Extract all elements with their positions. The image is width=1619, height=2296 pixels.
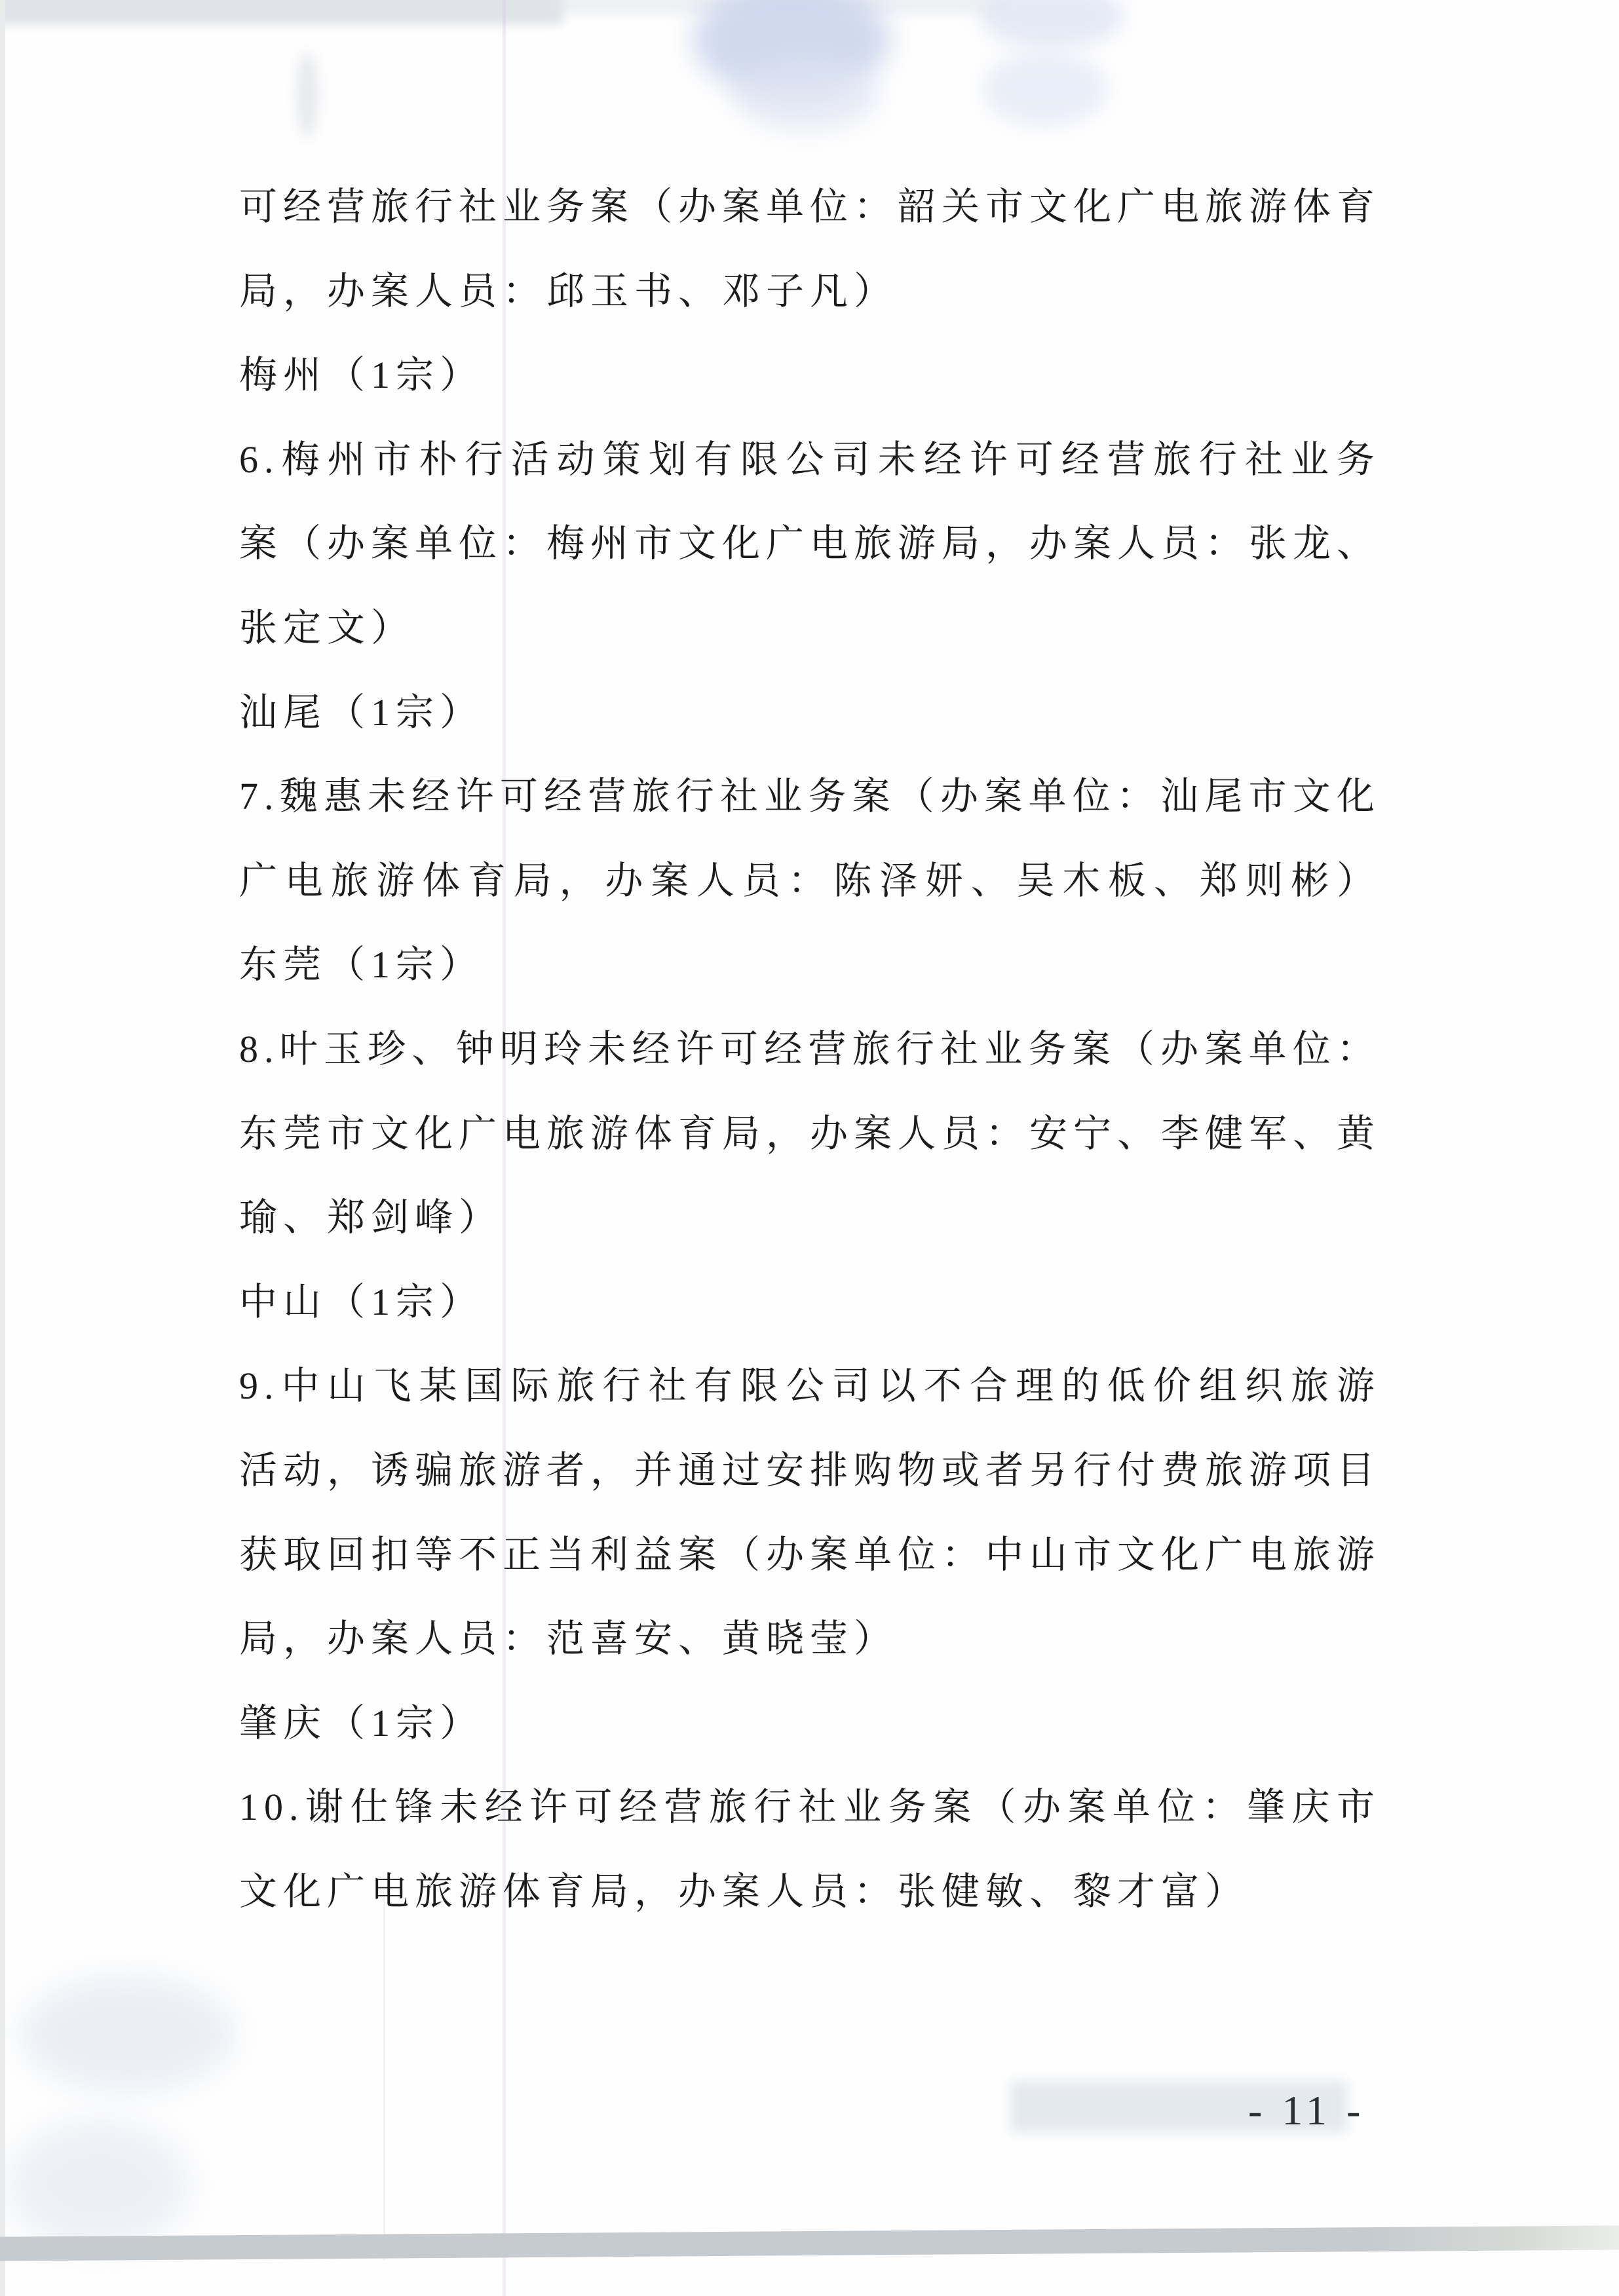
scan-vertical-line-artifact-2 xyxy=(383,1893,385,2260)
text-line: 活动，诱骗旅游者，并通过安排购物或者另行付费旅游项目 xyxy=(239,1429,1381,1513)
text-line: 可经营旅行社业务案（办案单位：韶关市文化广电旅游体育 xyxy=(239,165,1381,250)
text-line: 获取回扣等不正当利益案（办案单位：中山市文化广电旅游 xyxy=(239,1513,1381,1598)
scan-edge-band-bottom xyxy=(0,2225,1619,2261)
scan-smudge-blue-3 xyxy=(980,0,1124,48)
scan-streak-left xyxy=(296,52,318,138)
scan-smudge-bottom-2 xyxy=(7,2119,190,2250)
scan-smudge-bottom-1 xyxy=(20,1975,236,2093)
document-page: 可经营旅行社业务案（办案单位：韶关市文化广电旅游体育 局，办案人员：邱玉书、邓子… xyxy=(0,0,1619,2296)
text-line: 局，办案人员：范喜安、黄晓莹） xyxy=(239,1597,1381,1682)
page-number: - 11 - xyxy=(1248,2083,1365,2138)
text-line: 东莞（1宗） xyxy=(239,923,1381,1007)
text-line: 中山（1宗） xyxy=(239,1260,1381,1345)
text-line: 案（办案单位：梅州市文化广电旅游局，办案人员：张龙、 xyxy=(239,502,1381,586)
scan-smudge-blue-4 xyxy=(983,51,1107,126)
text-line: 瑜、郑剑峰） xyxy=(239,1176,1381,1260)
text-line: 广电旅游体育局，办案人员：陈泽妍、吴木板、郑则彬） xyxy=(239,839,1381,924)
text-line: 东莞市文化广电旅游体育局，办案人员：安宁、李健军、黄 xyxy=(239,1092,1381,1176)
text-line: 肇庆（1宗） xyxy=(239,1682,1381,1766)
text-line: 10.谢仕锋未经许可经营旅行社业务案（办案单位：肇庆市 xyxy=(239,1765,1381,1850)
text-line: 汕尾（1宗） xyxy=(239,671,1381,755)
text-line: 7.魏惠未经许可经营旅行社业务案（办案单位：汕尾市文化 xyxy=(239,755,1381,839)
text-line: 梅州（1宗） xyxy=(239,333,1381,418)
text-line: 文化广电旅游体育局，办案人员：张健敏、黎才富） xyxy=(239,1850,1381,1934)
text-line: 8.叶玉珍、钟明玲未经许可经营旅行社业务案（办案单位： xyxy=(239,1007,1381,1092)
text-line: 张定文） xyxy=(239,586,1381,671)
scan-smudge-top-left xyxy=(0,0,563,25)
scan-smudge-blue-2 xyxy=(734,59,878,131)
text-line: 9.中山飞某国际旅行社有限公司以不合理的低价组织旅游 xyxy=(239,1344,1381,1429)
scan-left-edge xyxy=(0,0,5,2296)
text-line: 局，办案人员：邱玉书、邓子凡） xyxy=(239,250,1381,334)
text-line: 6.梅州市朴行活动策划有限公司未经许可经营旅行社业务 xyxy=(239,418,1381,502)
document-body: 可经营旅行社业务案（办案单位：韶关市文化广电旅游体育 局，办案人员：邱玉书、邓子… xyxy=(239,165,1381,1934)
